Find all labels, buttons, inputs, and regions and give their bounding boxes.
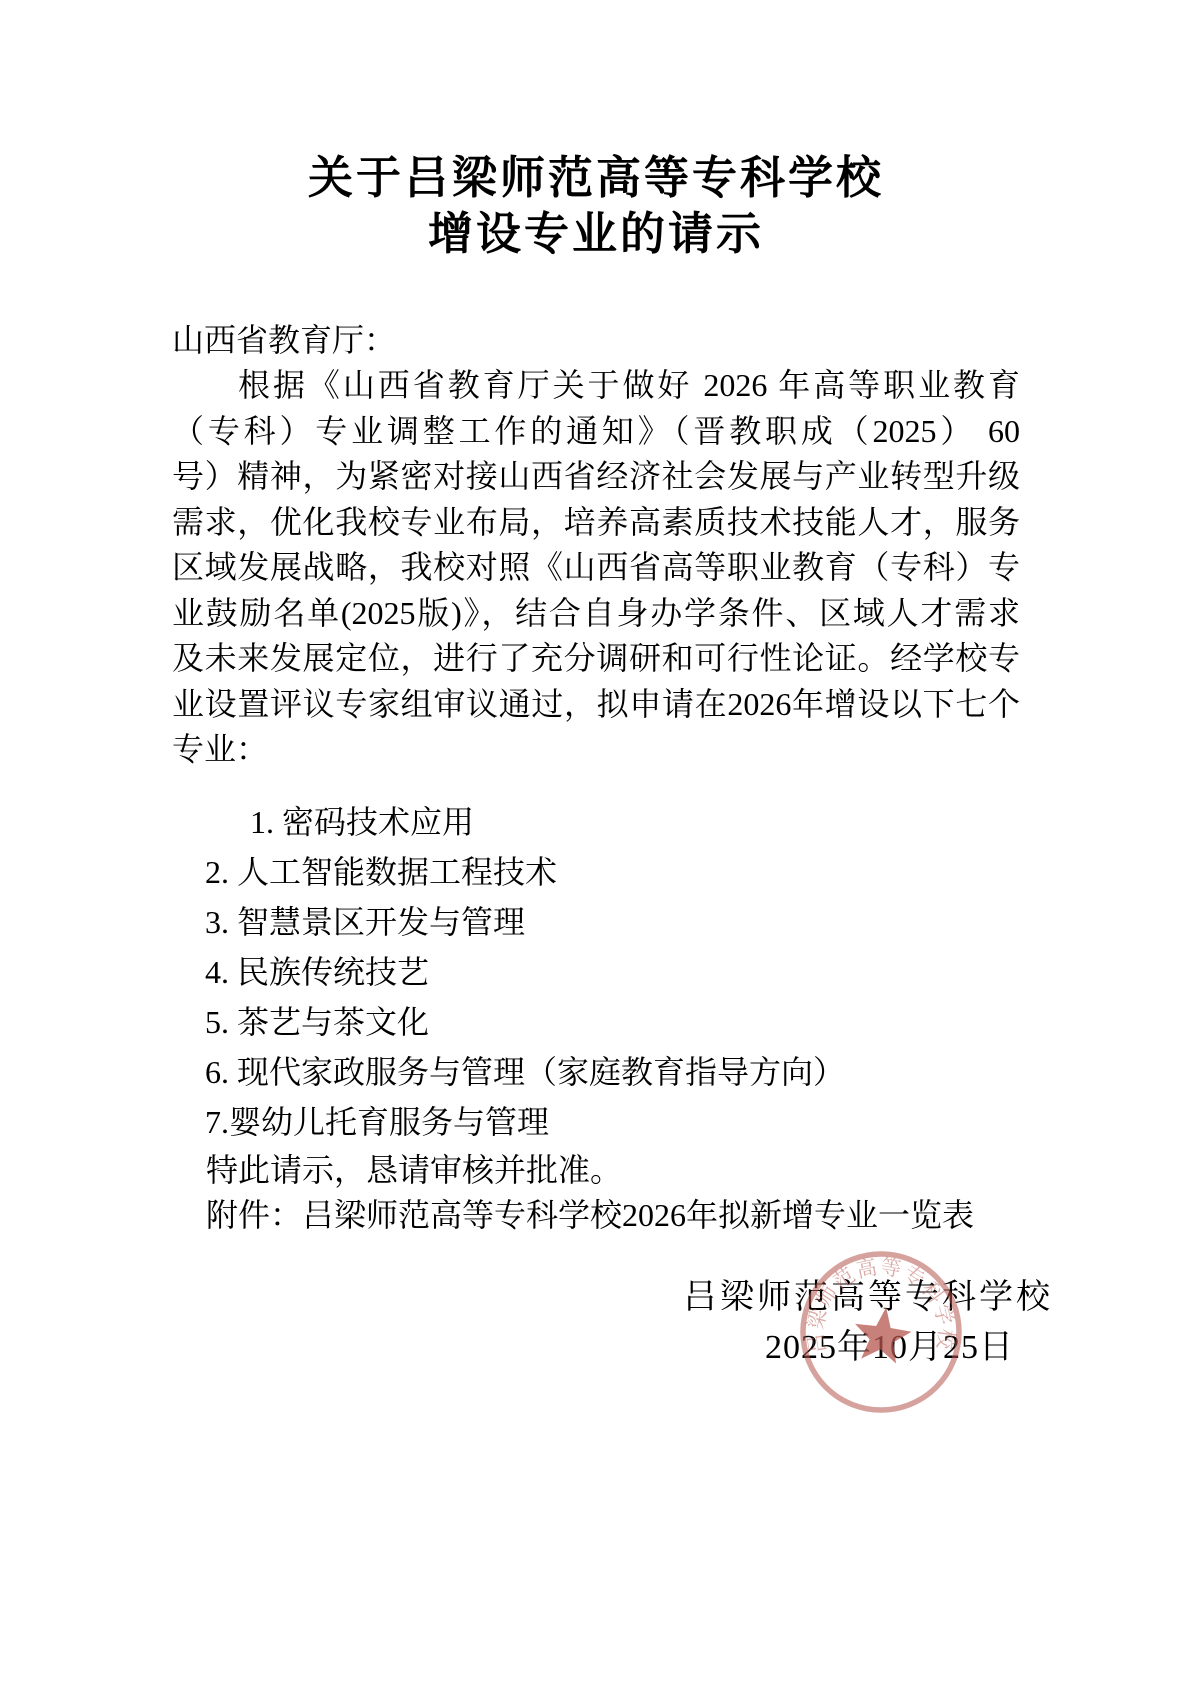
document-page: 关于吕梁师范高等专科学校 增设专业的请示 山西省教育厅： 根据《山西省教育厅关于…: [0, 0, 1192, 1684]
document-title: 关于吕梁师范高等专科学校 增设专业的请示: [0, 150, 1192, 262]
paragraph-line: 需求，优化我校专业布局，培养高素质技术技能人才，服务: [172, 500, 1020, 546]
signature-date: 2025年10月25日: [765, 1326, 1014, 1370]
major-list-item: 5. 茶艺与茶文化: [172, 997, 1020, 1047]
paragraph-line: 专业：: [172, 727, 1020, 773]
paragraph-line: 区域发展战略，我校对照《山西省高等职业教育（专科）专: [172, 545, 1020, 591]
title-line-2: 增设专业的请示: [0, 206, 1192, 262]
major-list-item: 4. 民族传统技艺: [172, 947, 1020, 997]
majors-list: 1. 密码技术应用2. 人工智能数据工程技术3. 智慧景区开发与管理4. 民族传…: [172, 797, 1020, 1147]
major-list-item: 2. 人工智能数据工程技术: [172, 847, 1020, 897]
attachment-line: 附件：吕梁师范高等专科学校2026年拟新增专业一览表: [206, 1192, 974, 1238]
paragraph-line: 根据《山西省教育厅关于做好 2026 年高等职业教育: [172, 363, 1020, 409]
paragraph-line: 号）精神，为紧密对接山西省经济社会发展与产业转型升级: [172, 454, 1020, 500]
major-list-item: 6. 现代家政服务与管理（家庭教育指导方向）: [172, 1047, 1020, 1097]
major-list-item: 7.婴幼儿托育服务与管理: [172, 1097, 1020, 1147]
major-list-item: 3. 智慧景区开发与管理: [172, 897, 1020, 947]
title-line-1: 关于吕梁师范高等专科学校: [0, 150, 1192, 206]
closing-line: 特此请示，恳请审核并批准。: [206, 1147, 622, 1193]
signature-organization: 吕梁师范高等专科学校: [683, 1276, 1053, 1320]
paragraph-line: 业设置评议专家组审议通过，拟申请在2026年增设以下七个: [172, 682, 1020, 728]
salutation-line: 山西省教育厅：: [172, 317, 1020, 363]
body-paragraph: 根据《山西省教育厅关于做好 2026 年高等职业教育（专科）专业调整工作的通知》…: [172, 363, 1020, 773]
paragraph-line: 及未来发展定位，进行了充分调研和可行性论证。经学校专: [172, 636, 1020, 682]
paragraph-line: 业鼓励名单(2025版)》，结合自身办学条件、区域人才需求: [172, 591, 1020, 637]
paragraph-line: （专科）专业调整工作的通知》（晋教职成（2025） 60: [172, 409, 1020, 455]
major-list-item: 1. 密码技术应用: [172, 797, 1020, 847]
